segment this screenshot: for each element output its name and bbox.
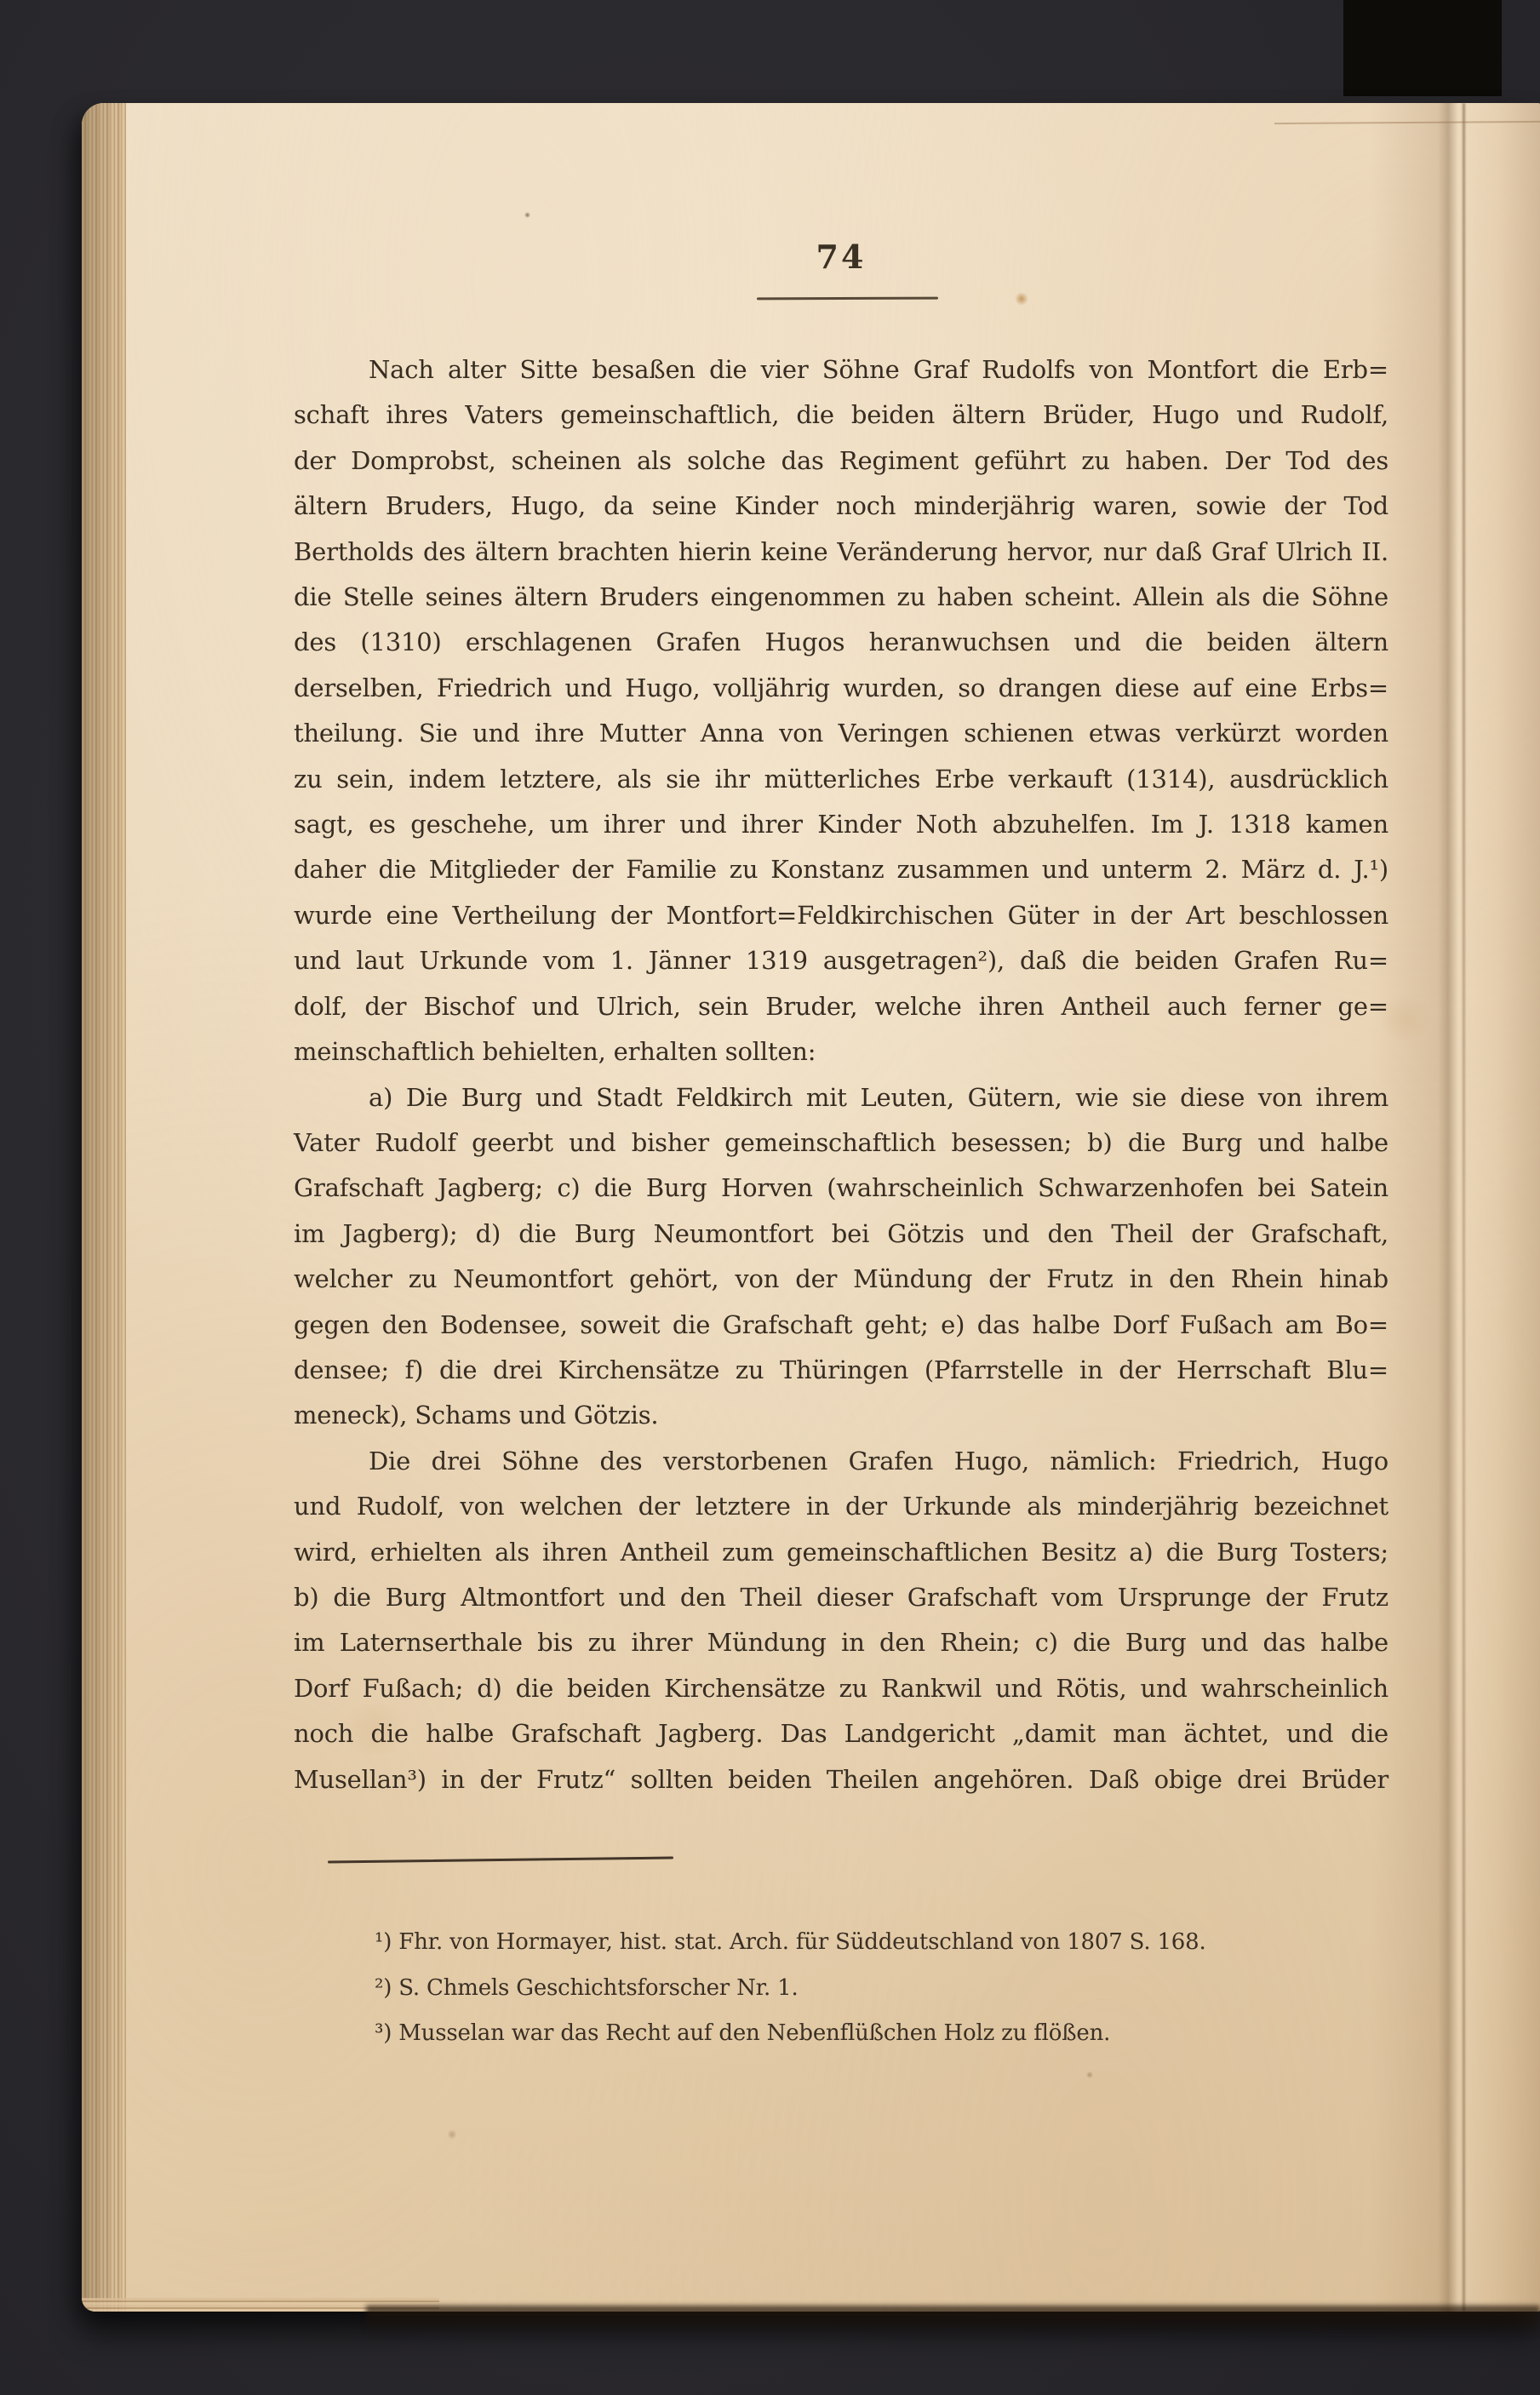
body-line: wurde eine Vertheilung der Montfort=Feld… (294, 893, 1388, 938)
body-line: gegen den Bodensee, soweit die Grafschaf… (294, 1303, 1388, 1348)
footnote-line: ³) Musselan war das Recht auf den Nebenf… (375, 2011, 1396, 2057)
body-line: des (1310) erschlagenen Grafen Hugos her… (294, 620, 1388, 665)
body-line: zu sein, indem letztere, als sie ihr müt… (294, 757, 1388, 802)
body-line: der Domprobst, scheinen als solche das R… (294, 438, 1388, 484)
body-line: Dorf Fußach; d) die beiden Kirchensätze … (294, 1666, 1388, 1711)
footnote-line: ¹) Fhr. von Hormayer, hist. stat. Arch. … (375, 1920, 1396, 1966)
body-line: wird, erhielten als ihren Antheil zum ge… (294, 1530, 1388, 1575)
background-cutout (1343, 0, 1502, 96)
body-line: ältern Bruders, Hugo, da seine Kinder no… (294, 484, 1388, 529)
page-number-rule (757, 297, 938, 301)
book-page: 74 Nach alter Sitte besaßen die vier Söh… (82, 103, 1540, 2312)
body-line: dolf, der Bischof und Ulrich, sein Brude… (294, 984, 1388, 1029)
page-number: 74 (294, 238, 1388, 276)
body-line: Nach alter Sitte besaßen die vier Söhne … (294, 347, 1388, 392)
body-line: Vater Rudolf geerbt und bisher gemeinsch… (294, 1120, 1388, 1166)
body-line: welcher zu Neumontfort gehört, von der M… (294, 1257, 1388, 1302)
body-line: Grafschaft Jagberg; c) die Burg Horven (… (294, 1166, 1388, 1211)
body-line: sagt, es geschehe, um ihrer und ihrer Ki… (294, 802, 1388, 847)
body-line: im Laternserthale bis zu ihrer Mündung i… (294, 1620, 1388, 1665)
page-edge-stack-left (82, 103, 126, 2312)
book-scan-photo: 74 Nach alter Sitte besaßen die vier Söh… (0, 0, 1540, 2395)
body-line: und laut Urkunde vom 1. Jänner 1319 ausg… (294, 938, 1388, 983)
footnote-separator-rule (328, 1857, 673, 1864)
body-line: theilung. Sie und ihre Mutter Anna von V… (294, 711, 1388, 756)
body-line: densee; f) die drei Kirchensätze zu Thür… (294, 1348, 1388, 1393)
footnote-line: ²) S. Chmels Geschichtsforscher Nr. 1. (375, 1966, 1396, 2012)
footnotes-block: ¹) Fhr. von Hormayer, hist. stat. Arch. … (375, 1920, 1396, 2057)
page-drop-shadow (366, 2306, 1540, 2335)
gutter-crease-line (1463, 103, 1465, 2312)
body-line: und Rudolf, von welchen der letztere in … (294, 1484, 1388, 1529)
body-line: im Jagberg); d) die Burg Neumontfort bei… (294, 1212, 1388, 1257)
paper-stain (1015, 292, 1028, 306)
body-line: die Stelle seines ältern Bruders eingeno… (294, 575, 1388, 620)
body-line: meinschaftlich behielten, erhalten sollt… (294, 1029, 1388, 1074)
body-line: Die drei Söhne des verstorbenen Grafen H… (294, 1439, 1388, 1484)
body-line: Musellan³) in der Frutz“ sollten beiden … (294, 1757, 1388, 1802)
body-line: derselben, Friedrich und Hugo, volljähri… (294, 666, 1388, 711)
body-text-block: Nach alter Sitte besaßen die vier Söhne … (294, 347, 1388, 1802)
paper-stain (524, 212, 530, 218)
body-line: noch die halbe Grafschaft Jagberg. Das L… (294, 1711, 1388, 1756)
body-line: meneck), Schams und Götzis. (294, 1393, 1388, 1438)
body-line: a) Die Burg und Stadt Feldkirch mit Leut… (294, 1075, 1388, 1120)
body-line: Bertholds des ältern brachten hierin kei… (294, 530, 1388, 575)
paper-stain (1086, 2071, 1093, 2078)
body-line: b) die Burg Altmontfort und den Theil di… (294, 1575, 1388, 1620)
body-line: schaft ihres Vaters gemeinschaftlich, di… (294, 392, 1388, 438)
body-line: daher die Mitglieder der Familie zu Kons… (294, 847, 1388, 892)
paper-stain (448, 2129, 456, 2140)
